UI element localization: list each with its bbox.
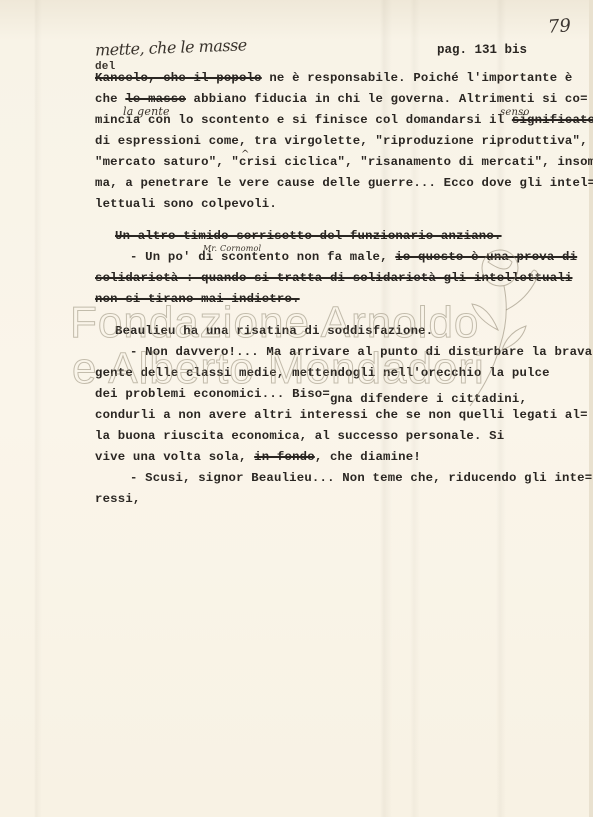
text-line: di espressioni come, tra virgolette, "ri… xyxy=(95,131,565,152)
struck-text: Un altro timido sorrisetto del funzionar… xyxy=(115,229,502,243)
struck-text: non si tirano mai indietro. xyxy=(95,292,300,306)
struck-text: significato xyxy=(512,113,593,127)
line-text: mincia con lo scontento e si finisce col… xyxy=(95,113,512,127)
line-text: "mercato saturo", "crisi ciclica", "risa… xyxy=(95,155,593,169)
line-text: vive una volta sola, xyxy=(95,450,254,464)
text-line: la buona riuscita economica, al successo… xyxy=(95,426,565,447)
folio-number: 79 xyxy=(547,15,571,38)
struck-text: Kancelo, che il popolo xyxy=(95,71,262,85)
line-text: dei problemi economici... Biso= xyxy=(95,387,330,401)
text-line: ma, a penetrare le vere cause delle guer… xyxy=(95,173,565,194)
text-line: ressi, xyxy=(95,489,565,510)
line-prefix: che xyxy=(95,92,125,106)
text-line: del Kancelo, che il popolo ne è responsa… xyxy=(95,68,565,89)
annotation-del: del xyxy=(95,57,115,78)
text-line: vive una volta sola, in fondo, che diami… xyxy=(95,447,565,468)
text-line: che le masse abbiano fiducia in chi le g… xyxy=(95,89,565,110)
caret-mark: ^ xyxy=(241,144,250,165)
text-line: - Scusi, signor Beaulieu... Non teme che… xyxy=(95,468,565,489)
page-reference: pag. 131 bis xyxy=(437,43,527,57)
struck-text: in fondo xyxy=(254,450,315,464)
rose-watermark-icon xyxy=(462,240,552,420)
text-line: "mercato saturo", "crisi ciclica", "risa… xyxy=(95,152,565,173)
text-line: mincia con lo scontento e si finisce col… xyxy=(95,110,565,131)
line-text: ne è responsabile. Poiché l'importante è xyxy=(262,71,573,85)
line-text: , che diamine! xyxy=(315,450,421,464)
line-text: - Un po' di scontento non fa male, xyxy=(130,250,395,264)
text-line: lettuali sono colpevoli. xyxy=(95,194,565,215)
